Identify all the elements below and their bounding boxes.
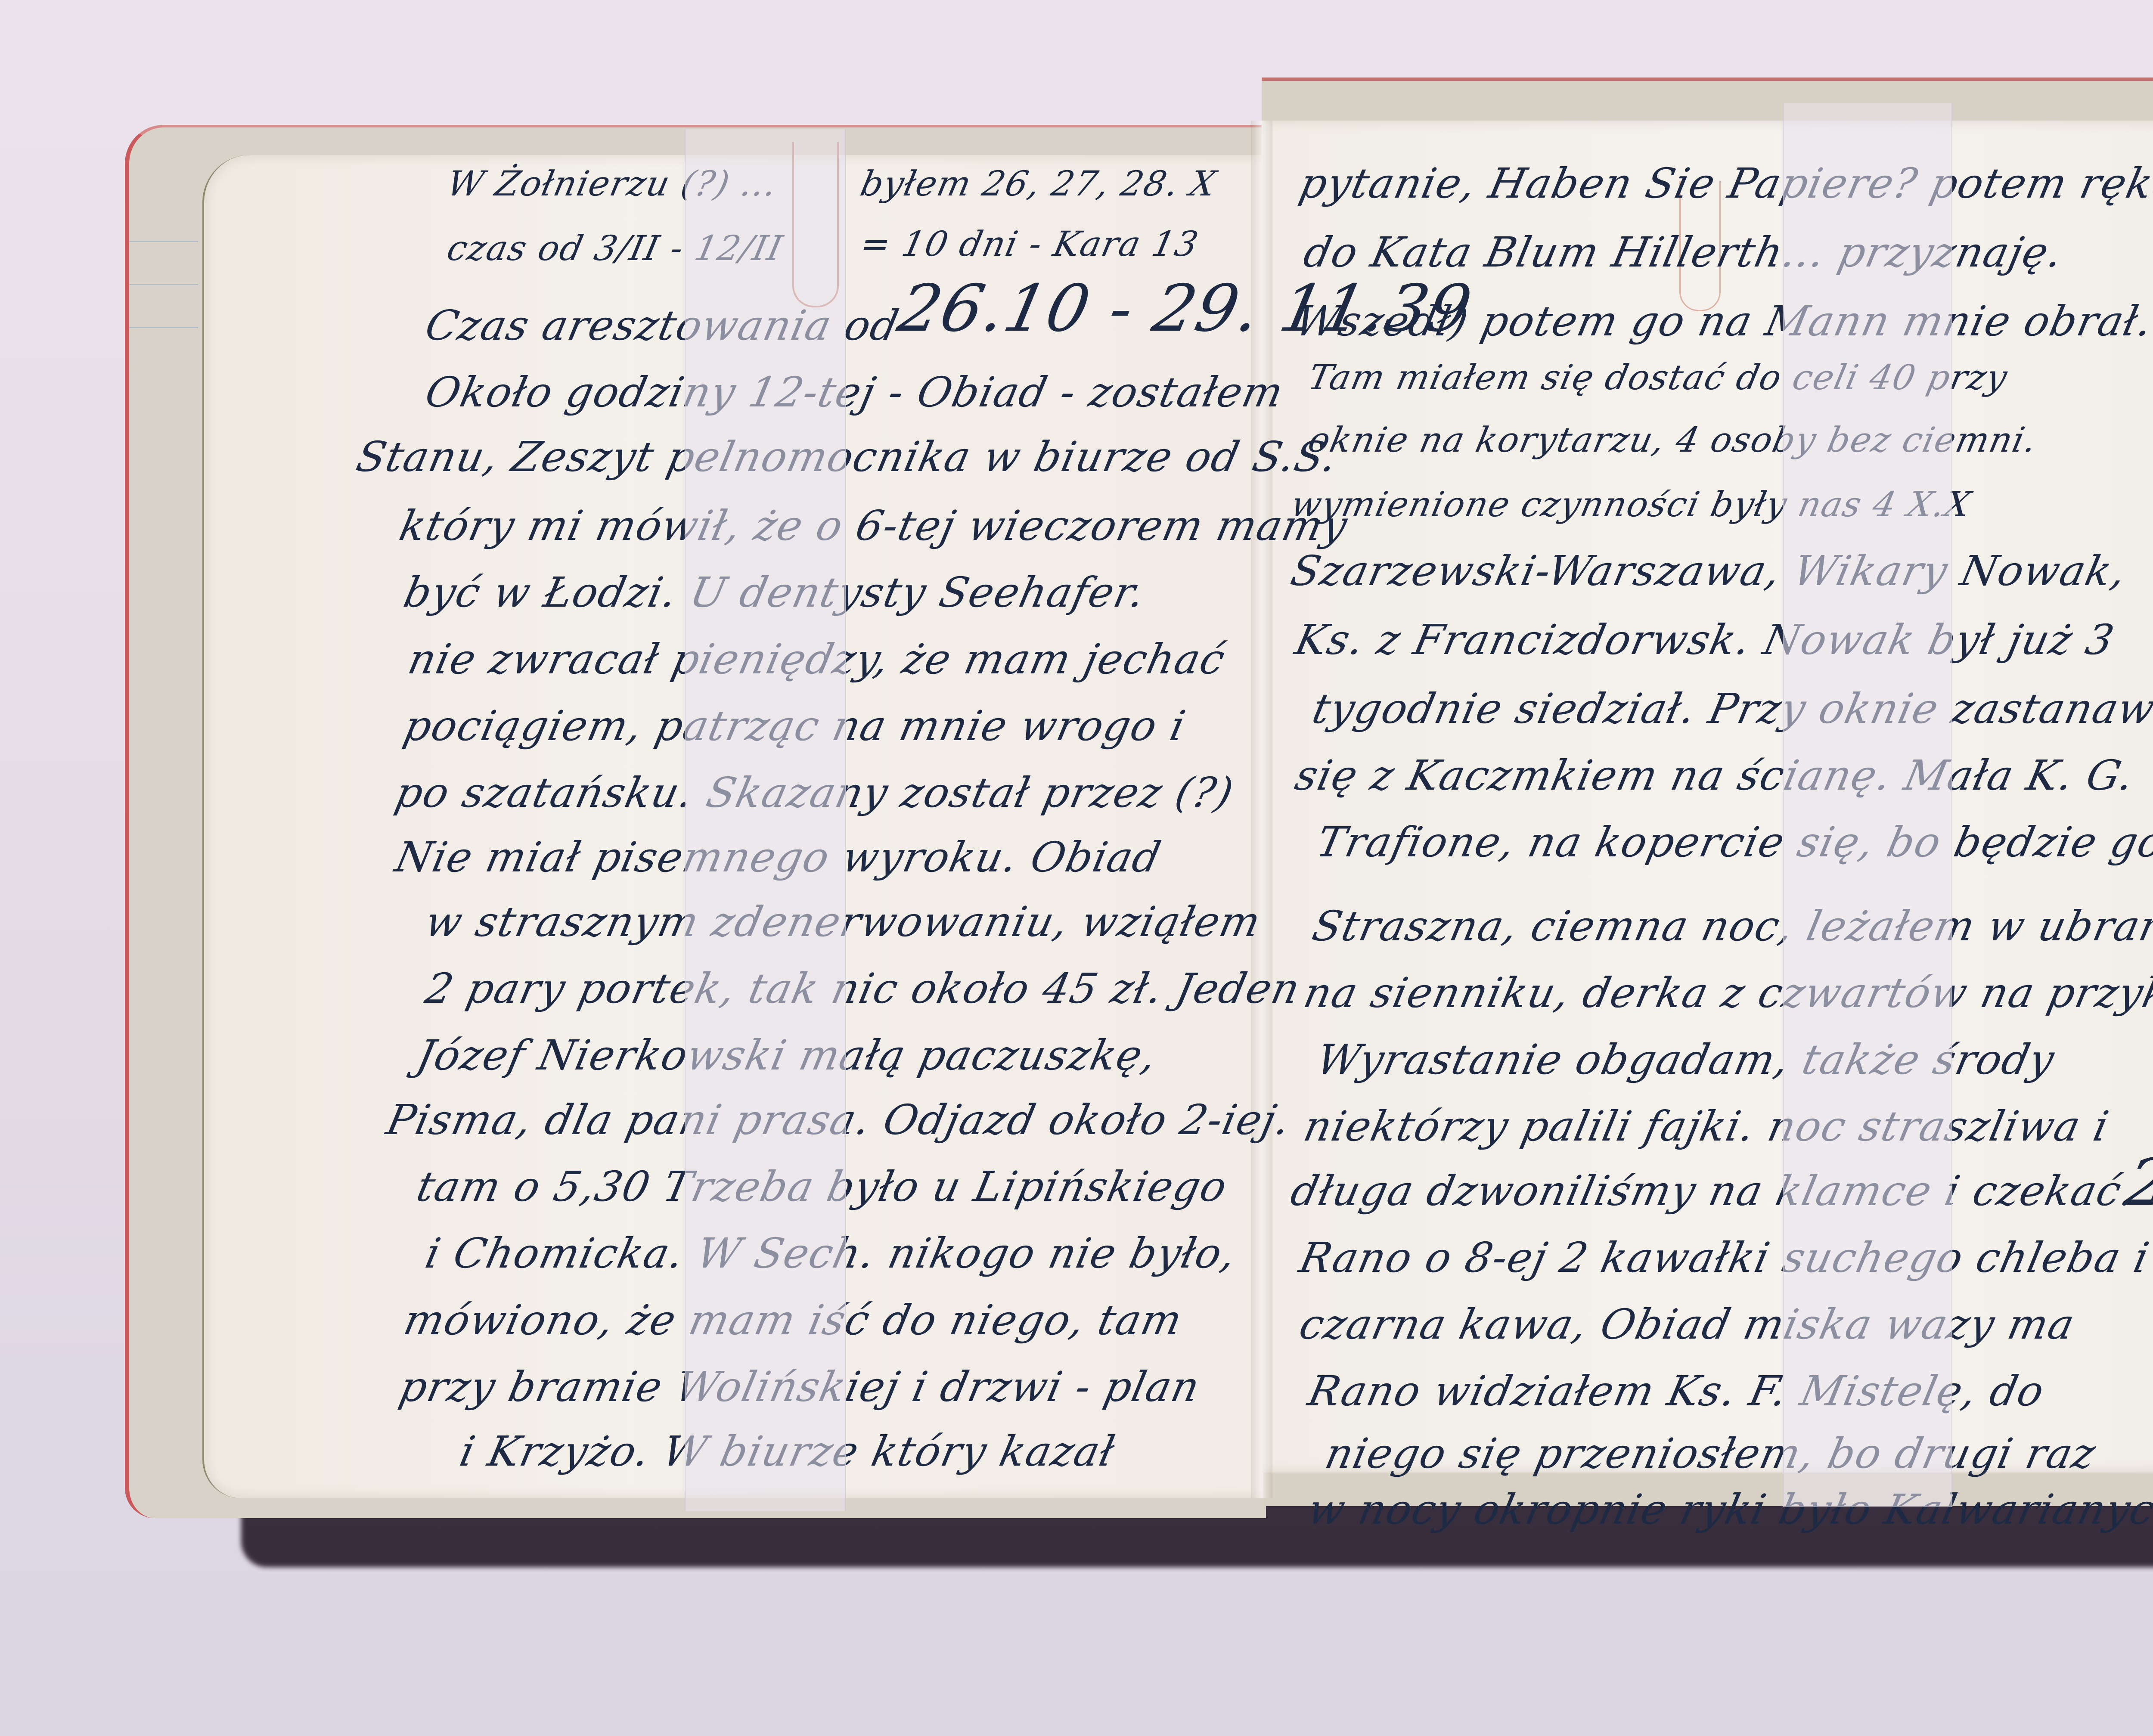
handwritten-line: niektórzy palili fajki. noc straszliwa i [1300, 1102, 2113, 1150]
header-right-2: = 10 dni - Kara 13 [857, 224, 1202, 264]
handwritten-line: w nocy okropnie ryki było Kalwarianych [1304, 1485, 2153, 1534]
handwritten-line: długa dzwoniliśmy na klamce i czekać. [1287, 1167, 2140, 1215]
archival-tape-strip [1783, 103, 1952, 1507]
handwritten-line: na sienniku, derka z czwartów na przykry… [1300, 969, 2153, 1017]
handwritten-line: niego się przeniosłem, bo drugi raz [1321, 1429, 2100, 1478]
ruled-line [129, 327, 198, 328]
handwritten-line: Około godziny 12-tej - Obiad - zostałem [421, 368, 1288, 416]
handwritten-line: Rano o 8-ej 2 kawałki suchego chleba i [1295, 1234, 2153, 1282]
ruled-line [129, 284, 198, 285]
handwritten-line: Wszedł) potem go na Mann mnie obrał. [1291, 297, 2153, 345]
handwritten-line: tygodnie siedział. Przy oknie zastanawia… [1308, 685, 2153, 733]
archival-tape-strip [685, 129, 846, 1511]
handwritten-line: Szarzewski-Warszawa, Wikary Nowak, [1287, 547, 2131, 595]
handwritten-line: Stanu, Zeszyt pelnomocnika w biurze od S… [352, 433, 1342, 481]
handwritten-line: się z Kaczmkiem na ścianę. Mała K. G. [1291, 751, 2139, 800]
handwritten-line: czarna kawa, Obiad miska wazy ma [1295, 1300, 2079, 1348]
handwritten-line: Straszna, ciemna noc, leżałem w ubraniu [1308, 902, 2153, 950]
handwritten-line: Trafione, na kopercie się, bo będzie gor… [1312, 818, 2153, 866]
handwritten-line: który mi mówił, że o 6-tej wieczorem mam… [395, 502, 1352, 550]
handwritten-line: Ks. z Francizdorwsk. Nowak był już 3 [1291, 616, 2119, 664]
handwritten-line: 2 pary portek, tak nic około 45 zł. Jede… [421, 964, 1305, 1013]
handwritten-line: pytanie, Haben Sie Papiere? potem rękę [1295, 159, 2153, 208]
header-right-1: byłem 26, 27, 28. X [857, 164, 1220, 204]
ruled-line [129, 241, 198, 242]
